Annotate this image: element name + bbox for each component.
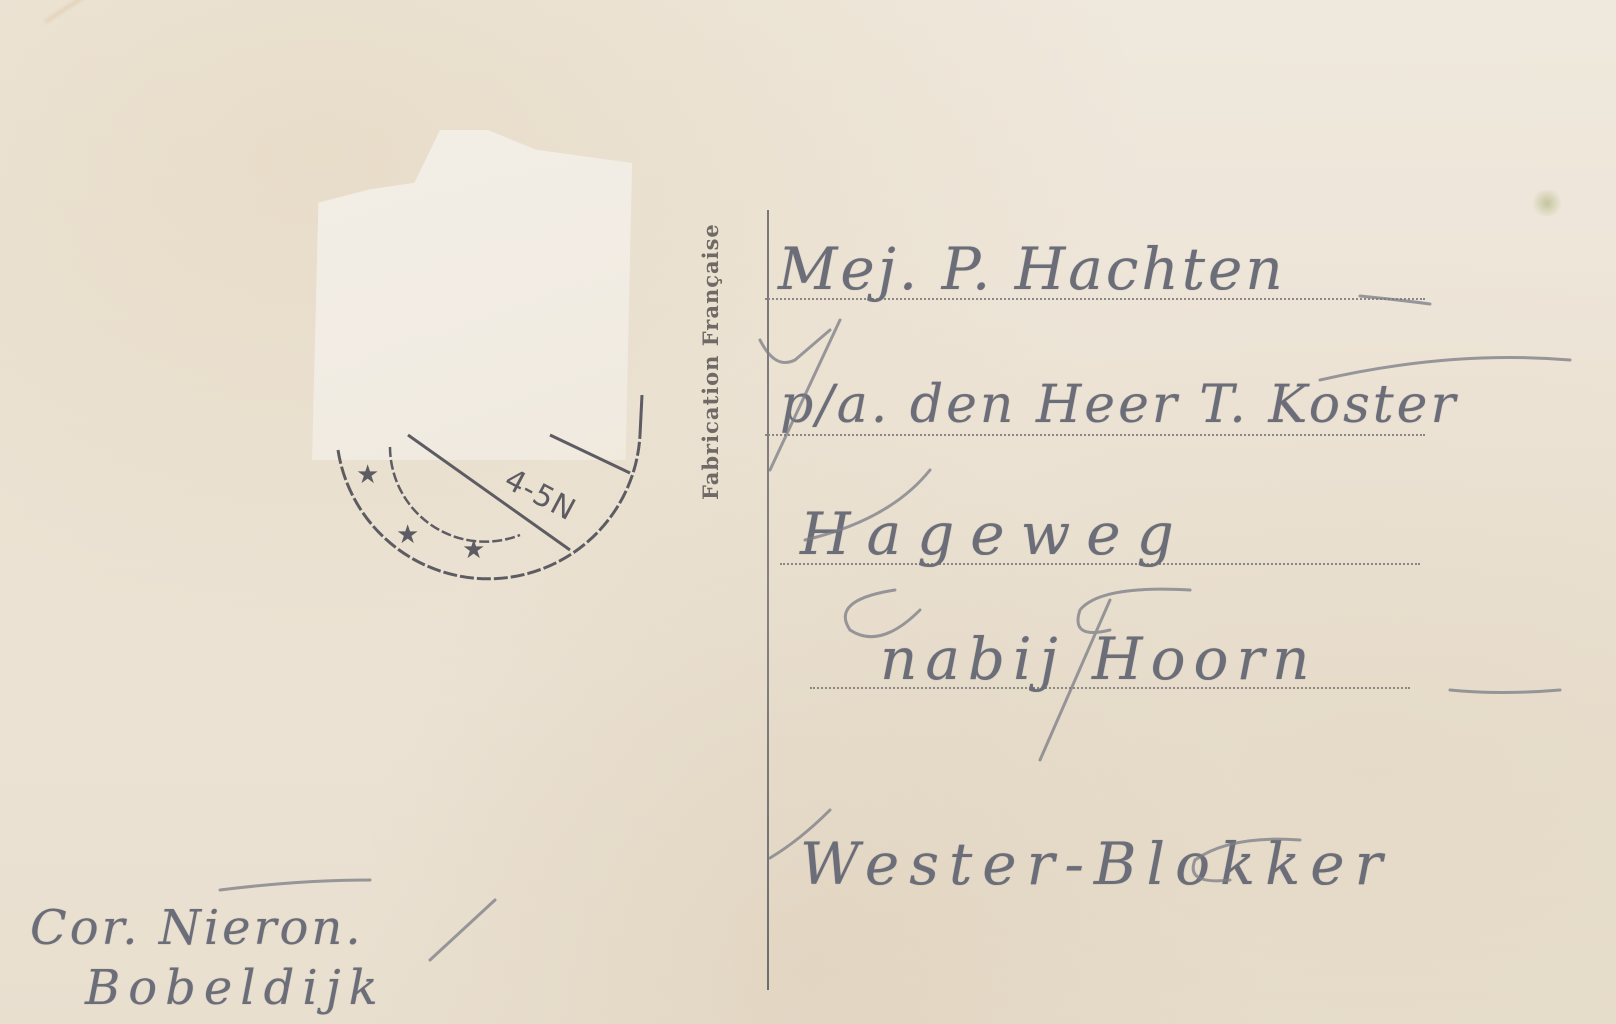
svg-text:★: ★ (356, 460, 379, 490)
divider-line (767, 210, 769, 990)
address-recipient: Mej. P. Hachten (778, 235, 1286, 303)
paper-spot (1530, 190, 1564, 216)
postmark-icon: ★ ★ ★ (330, 395, 650, 605)
address-care-of: p/a. den Heer T. Koster (780, 375, 1458, 435)
paper-stain (44, 0, 264, 24)
address-near: nabij Hoorn (880, 625, 1318, 693)
address-town: Wester-Blokker (800, 830, 1392, 898)
sender-place: Bobeldijk (85, 960, 386, 1016)
address-street: Hageweg (800, 500, 1190, 568)
sender-name: Cor. Nieron. (30, 900, 364, 956)
svg-text:★: ★ (462, 535, 485, 565)
svg-text:★: ★ (396, 520, 419, 550)
printer-imprint: Fabrication Française (698, 223, 723, 500)
postcard: Fabrication Française ★ ★ ★ 4-5N Mej. P.… (0, 0, 1616, 1024)
